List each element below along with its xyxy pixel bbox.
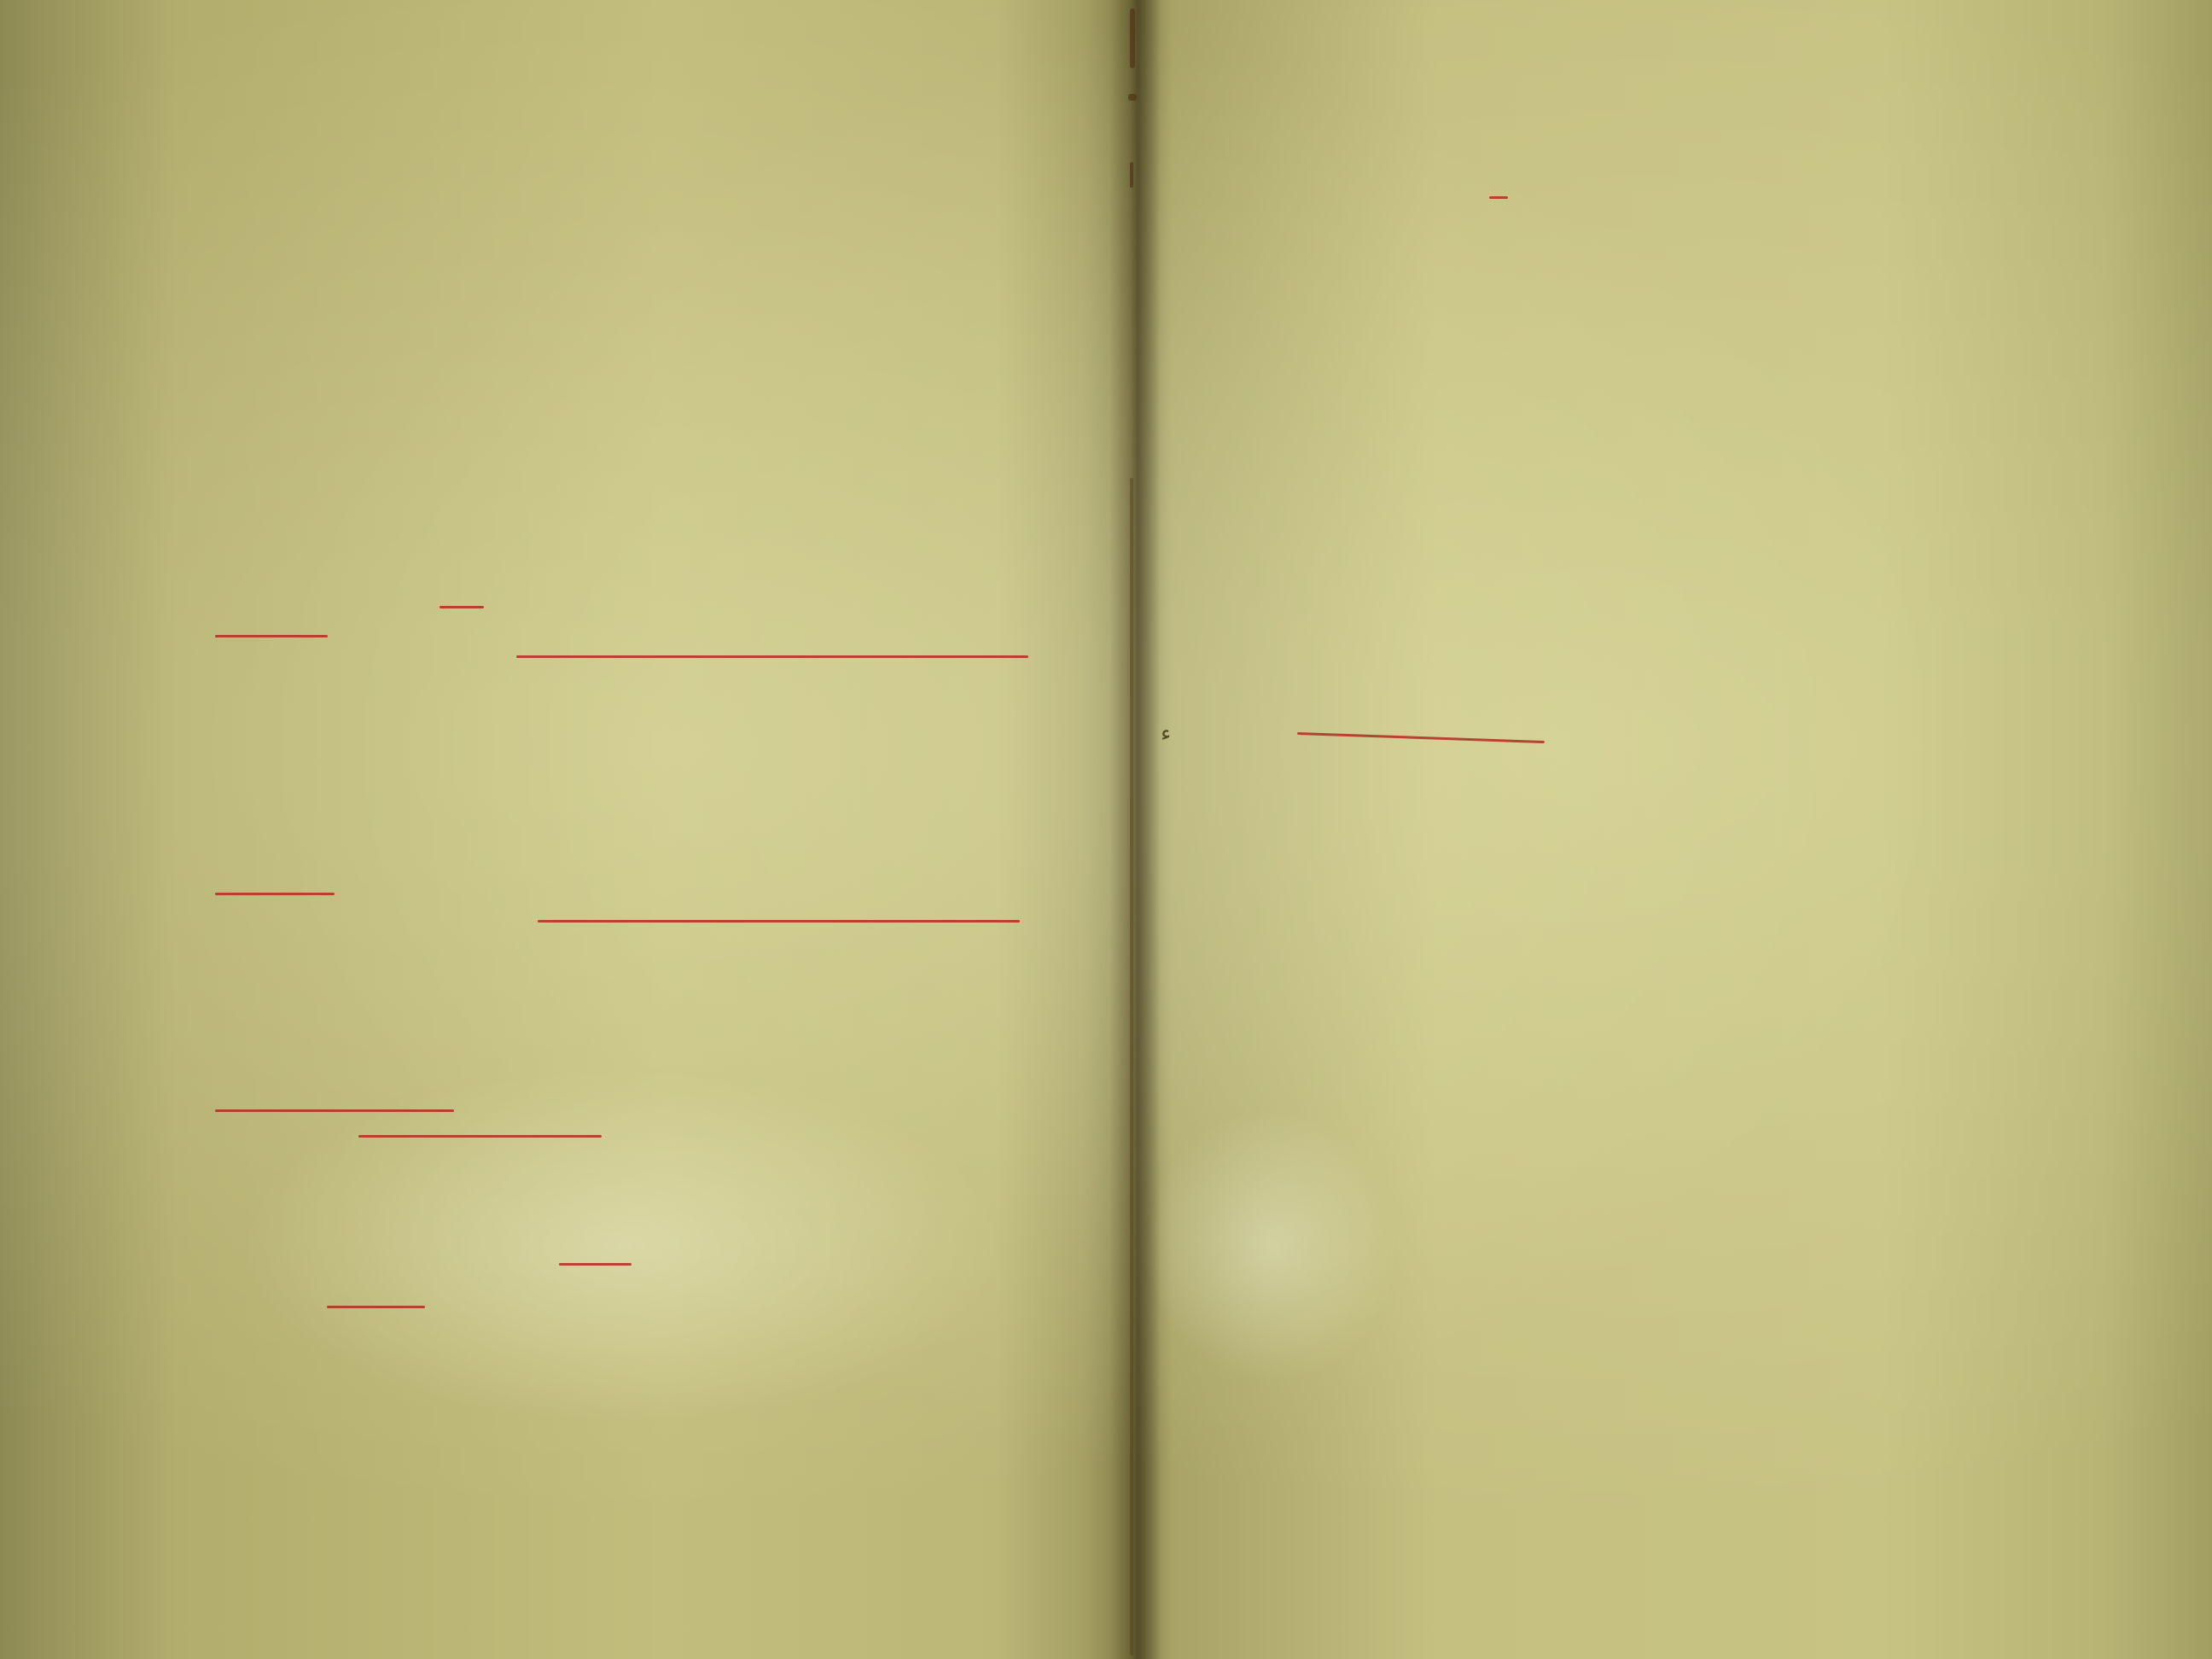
rubric-overline — [358, 1135, 602, 1138]
book-gutter — [1109, 0, 1161, 1659]
left-page — [0, 0, 1118, 1659]
rubric-overline — [516, 655, 1028, 658]
rubric-overline — [559, 1263, 632, 1266]
rubric-overline — [1489, 196, 1508, 199]
rubric-overline — [439, 606, 484, 608]
rubric-overline — [538, 920, 1020, 923]
manuscript-spread: ء سمعت ابا عبد الله يقول صلوة النهار يجو… — [0, 0, 2212, 1659]
right-page — [1135, 0, 2212, 1659]
margin-mark: ء — [1161, 721, 1171, 747]
rubric-overline — [215, 1109, 454, 1112]
rubric-overline — [327, 1306, 425, 1308]
rubric-overline — [215, 893, 335, 895]
rubric-overline — [215, 635, 328, 637]
